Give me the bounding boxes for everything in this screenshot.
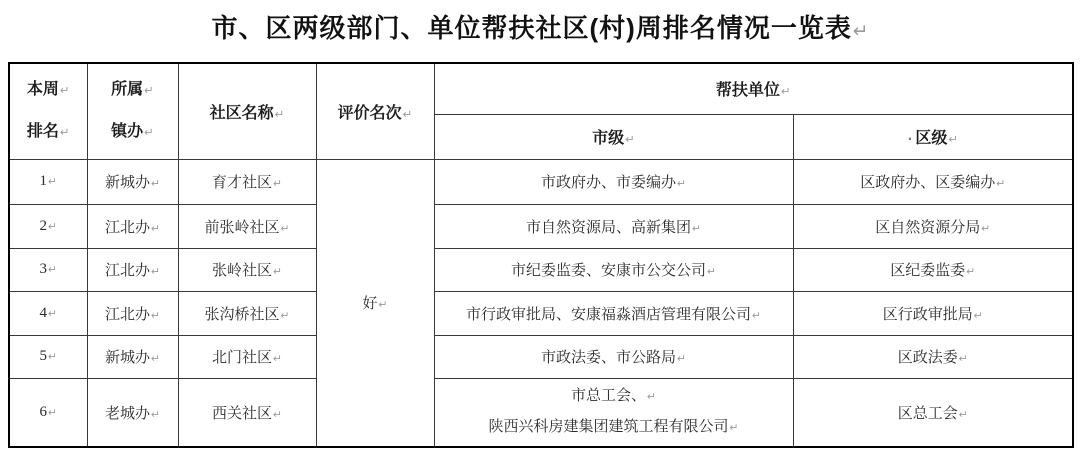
cell-rank: 6↵ xyxy=(9,378,87,447)
table-row: 1↵ 新城办↵ 育才社区↵ 好↵ 市政府办、市委编办↵ 区政府办、区委编办↵ xyxy=(9,159,1073,204)
cell-district-unit: 区行政审批局↵ xyxy=(793,291,1073,335)
header-town-line2: 镇办 xyxy=(111,123,143,140)
header-city-level: 市级↵ xyxy=(434,114,793,159)
paragraph-mark: ↵ xyxy=(995,177,1005,190)
cell-district-unit: 区总工会↵ xyxy=(793,378,1073,447)
paragraph-mark: ↵ xyxy=(150,222,160,235)
paragraph-mark: ↵ xyxy=(852,21,869,42)
cell-community: 前张岭社区↵ xyxy=(178,204,316,248)
cell-city-unit: 市行政审批局、安康福淼酒店管理有限公司↵ xyxy=(434,291,793,335)
cell-rank: 1↵ xyxy=(9,159,87,204)
paragraph-mark: ↵ xyxy=(47,307,57,320)
cell-city-unit: 市政府办、市委编办↵ xyxy=(434,159,793,204)
title-text: 市、区两级部门、单位帮扶社区(村)周排名情况一览表 xyxy=(212,13,852,43)
paragraph-mark: ↵ xyxy=(272,352,282,365)
paragraph-mark: ↵ xyxy=(691,222,701,235)
paragraph-mark: ↵ xyxy=(59,83,70,97)
cell-community: 西关社区↵ xyxy=(178,378,316,447)
cell-town: 江北办↵ xyxy=(87,248,178,291)
paragraph-mark: ↵ xyxy=(272,177,282,190)
paragraph-mark: ↵ xyxy=(47,406,57,419)
cell-rank: 2↵ xyxy=(9,204,87,248)
paragraph-mark: ↵ xyxy=(272,408,282,421)
table-row: 2↵ 江北办↵ 前张岭社区↵ 市自然资源局、高新集团↵ 区自然资源分局↵ xyxy=(9,204,1073,248)
ranking-table: 本周↵ 排名↵ 所属↵ 镇办↵ 社区名称↵ 评价名次↵ 帮扶单位↵ 市级↵ ·区… xyxy=(8,62,1074,448)
cell-town: 江北办↵ xyxy=(87,204,178,248)
paragraph-mark: ↵ xyxy=(958,408,968,421)
paragraph-mark: ↵ xyxy=(274,107,285,121)
table-row: 6↵ 老城办↵ 西关社区↵ 市总工会、↵ 陕西兴科房建集团建筑工程有限公司↵ 区… xyxy=(9,378,1073,447)
paragraph-mark: ↵ xyxy=(377,298,387,311)
paragraph-mark: ↵ xyxy=(706,265,716,278)
paragraph-mark: ↵ xyxy=(59,125,70,139)
cell-district-unit: 区纪委监委↵ xyxy=(793,248,1073,291)
cell-community: 张岭社区↵ xyxy=(178,248,316,291)
cell-town: 江北办↵ xyxy=(87,291,178,335)
header-rank: 本周↵ 排名↵ xyxy=(9,63,87,159)
cell-community: 北门社区↵ xyxy=(178,335,316,378)
header-rank-line2: 排名 xyxy=(27,123,59,140)
paragraph-mark: ↵ xyxy=(402,107,413,121)
paragraph-mark: ↵ xyxy=(965,265,975,278)
paragraph-mark: ↵ xyxy=(150,352,160,365)
paragraph-mark: ↵ xyxy=(150,309,160,322)
header-community: 社区名称↵ xyxy=(178,63,316,159)
cell-evaluation-merged: 好↵ xyxy=(316,159,434,447)
paragraph-mark: ↵ xyxy=(279,222,289,235)
paragraph-mark: ↵ xyxy=(47,263,57,276)
cell-city-unit: 市自然资源局、高新集团↵ xyxy=(434,204,793,248)
paragraph-mark: ↵ xyxy=(958,352,968,365)
cell-community: 张沟桥社区↵ xyxy=(178,291,316,335)
paragraph-mark: ↵ xyxy=(150,408,160,421)
cell-rank: 5↵ xyxy=(9,335,87,378)
paragraph-mark: ↵ xyxy=(47,220,57,233)
cell-town: 新城办↵ xyxy=(87,335,178,378)
line-break-mark: ↵ xyxy=(646,390,656,403)
cell-district-unit: 区政府办、区委编办↵ xyxy=(793,159,1073,204)
header-town-line1: 所属 xyxy=(111,81,143,98)
paragraph-mark: ↵ xyxy=(47,175,57,188)
paragraph-mark: ↵ xyxy=(947,132,958,146)
paragraph-mark: ↵ xyxy=(751,309,761,322)
cell-rank: 4↵ xyxy=(9,291,87,335)
paragraph-mark: ↵ xyxy=(272,265,282,278)
header-evaluation: 评价名次↵ xyxy=(316,63,434,159)
paragraph-mark: ↵ xyxy=(973,309,983,322)
header-town: 所属↵ 镇办↵ xyxy=(87,63,178,159)
cell-city-unit: 市政法委、市公路局↵ xyxy=(434,335,793,378)
paragraph-mark: ↵ xyxy=(47,350,57,363)
paragraph-mark: ↵ xyxy=(624,132,635,146)
paragraph-mark: ↵ xyxy=(143,125,154,139)
cell-district-unit: 区自然资源分局↵ xyxy=(793,204,1073,248)
paragraph-mark: ↵ xyxy=(150,177,160,190)
paragraph-mark: ↵ xyxy=(279,309,289,322)
paragraph-mark: ↵ xyxy=(150,265,160,278)
cell-community: 育才社区↵ xyxy=(178,159,316,204)
cell-rank: 3↵ xyxy=(9,248,87,291)
table-row: 4↵ 江北办↵ 张沟桥社区↵ 市行政审批局、安康福淼酒店管理有限公司↵ 区行政审… xyxy=(9,291,1073,335)
header-rank-line1: 本周 xyxy=(27,81,59,98)
header-district-level: ·区级↵ xyxy=(793,114,1073,159)
header-row-top: 本周↵ 排名↵ 所属↵ 镇办↵ 社区名称↵ 评价名次↵ 帮扶单位↵ xyxy=(9,63,1073,114)
cell-city-unit: 市纪委监委、安康市公交公司↵ xyxy=(434,248,793,291)
paragraph-mark: ↵ xyxy=(728,421,738,434)
cell-district-unit: 区政法委↵ xyxy=(793,335,1073,378)
paragraph-mark: ↵ xyxy=(980,222,990,235)
cell-city-unit: 市总工会、↵ 陕西兴科房建集团建筑工程有限公司↵ xyxy=(434,378,793,447)
document-page: 市、区两级部门、单位帮扶社区(村)周排名情况一览表↵ 本周↵ 排名↵ 所属↵ 镇… xyxy=(0,0,1080,451)
cell-town: 新城办↵ xyxy=(87,159,178,204)
table-row: 3↵ 江北办↵ 张岭社区↵ 市纪委监委、安康市公交公司↵ 区纪委监委↵ xyxy=(9,248,1073,291)
paragraph-mark: ↵ xyxy=(780,84,791,98)
paragraph-mark: ↵ xyxy=(143,83,154,97)
document-title: 市、区两级部门、单位帮扶社区(村)周排名情况一览表↵ xyxy=(0,8,1080,45)
paragraph-mark: ↵ xyxy=(676,177,686,190)
header-helping-unit: 帮扶单位↵ xyxy=(434,63,1073,114)
table-row: 5↵ 新城办↵ 北门社区↵ 市政法委、市公路局↵ 区政法委↵ xyxy=(9,335,1073,378)
cell-town: 老城办↵ xyxy=(87,378,178,447)
paragraph-mark: ↵ xyxy=(676,352,686,365)
